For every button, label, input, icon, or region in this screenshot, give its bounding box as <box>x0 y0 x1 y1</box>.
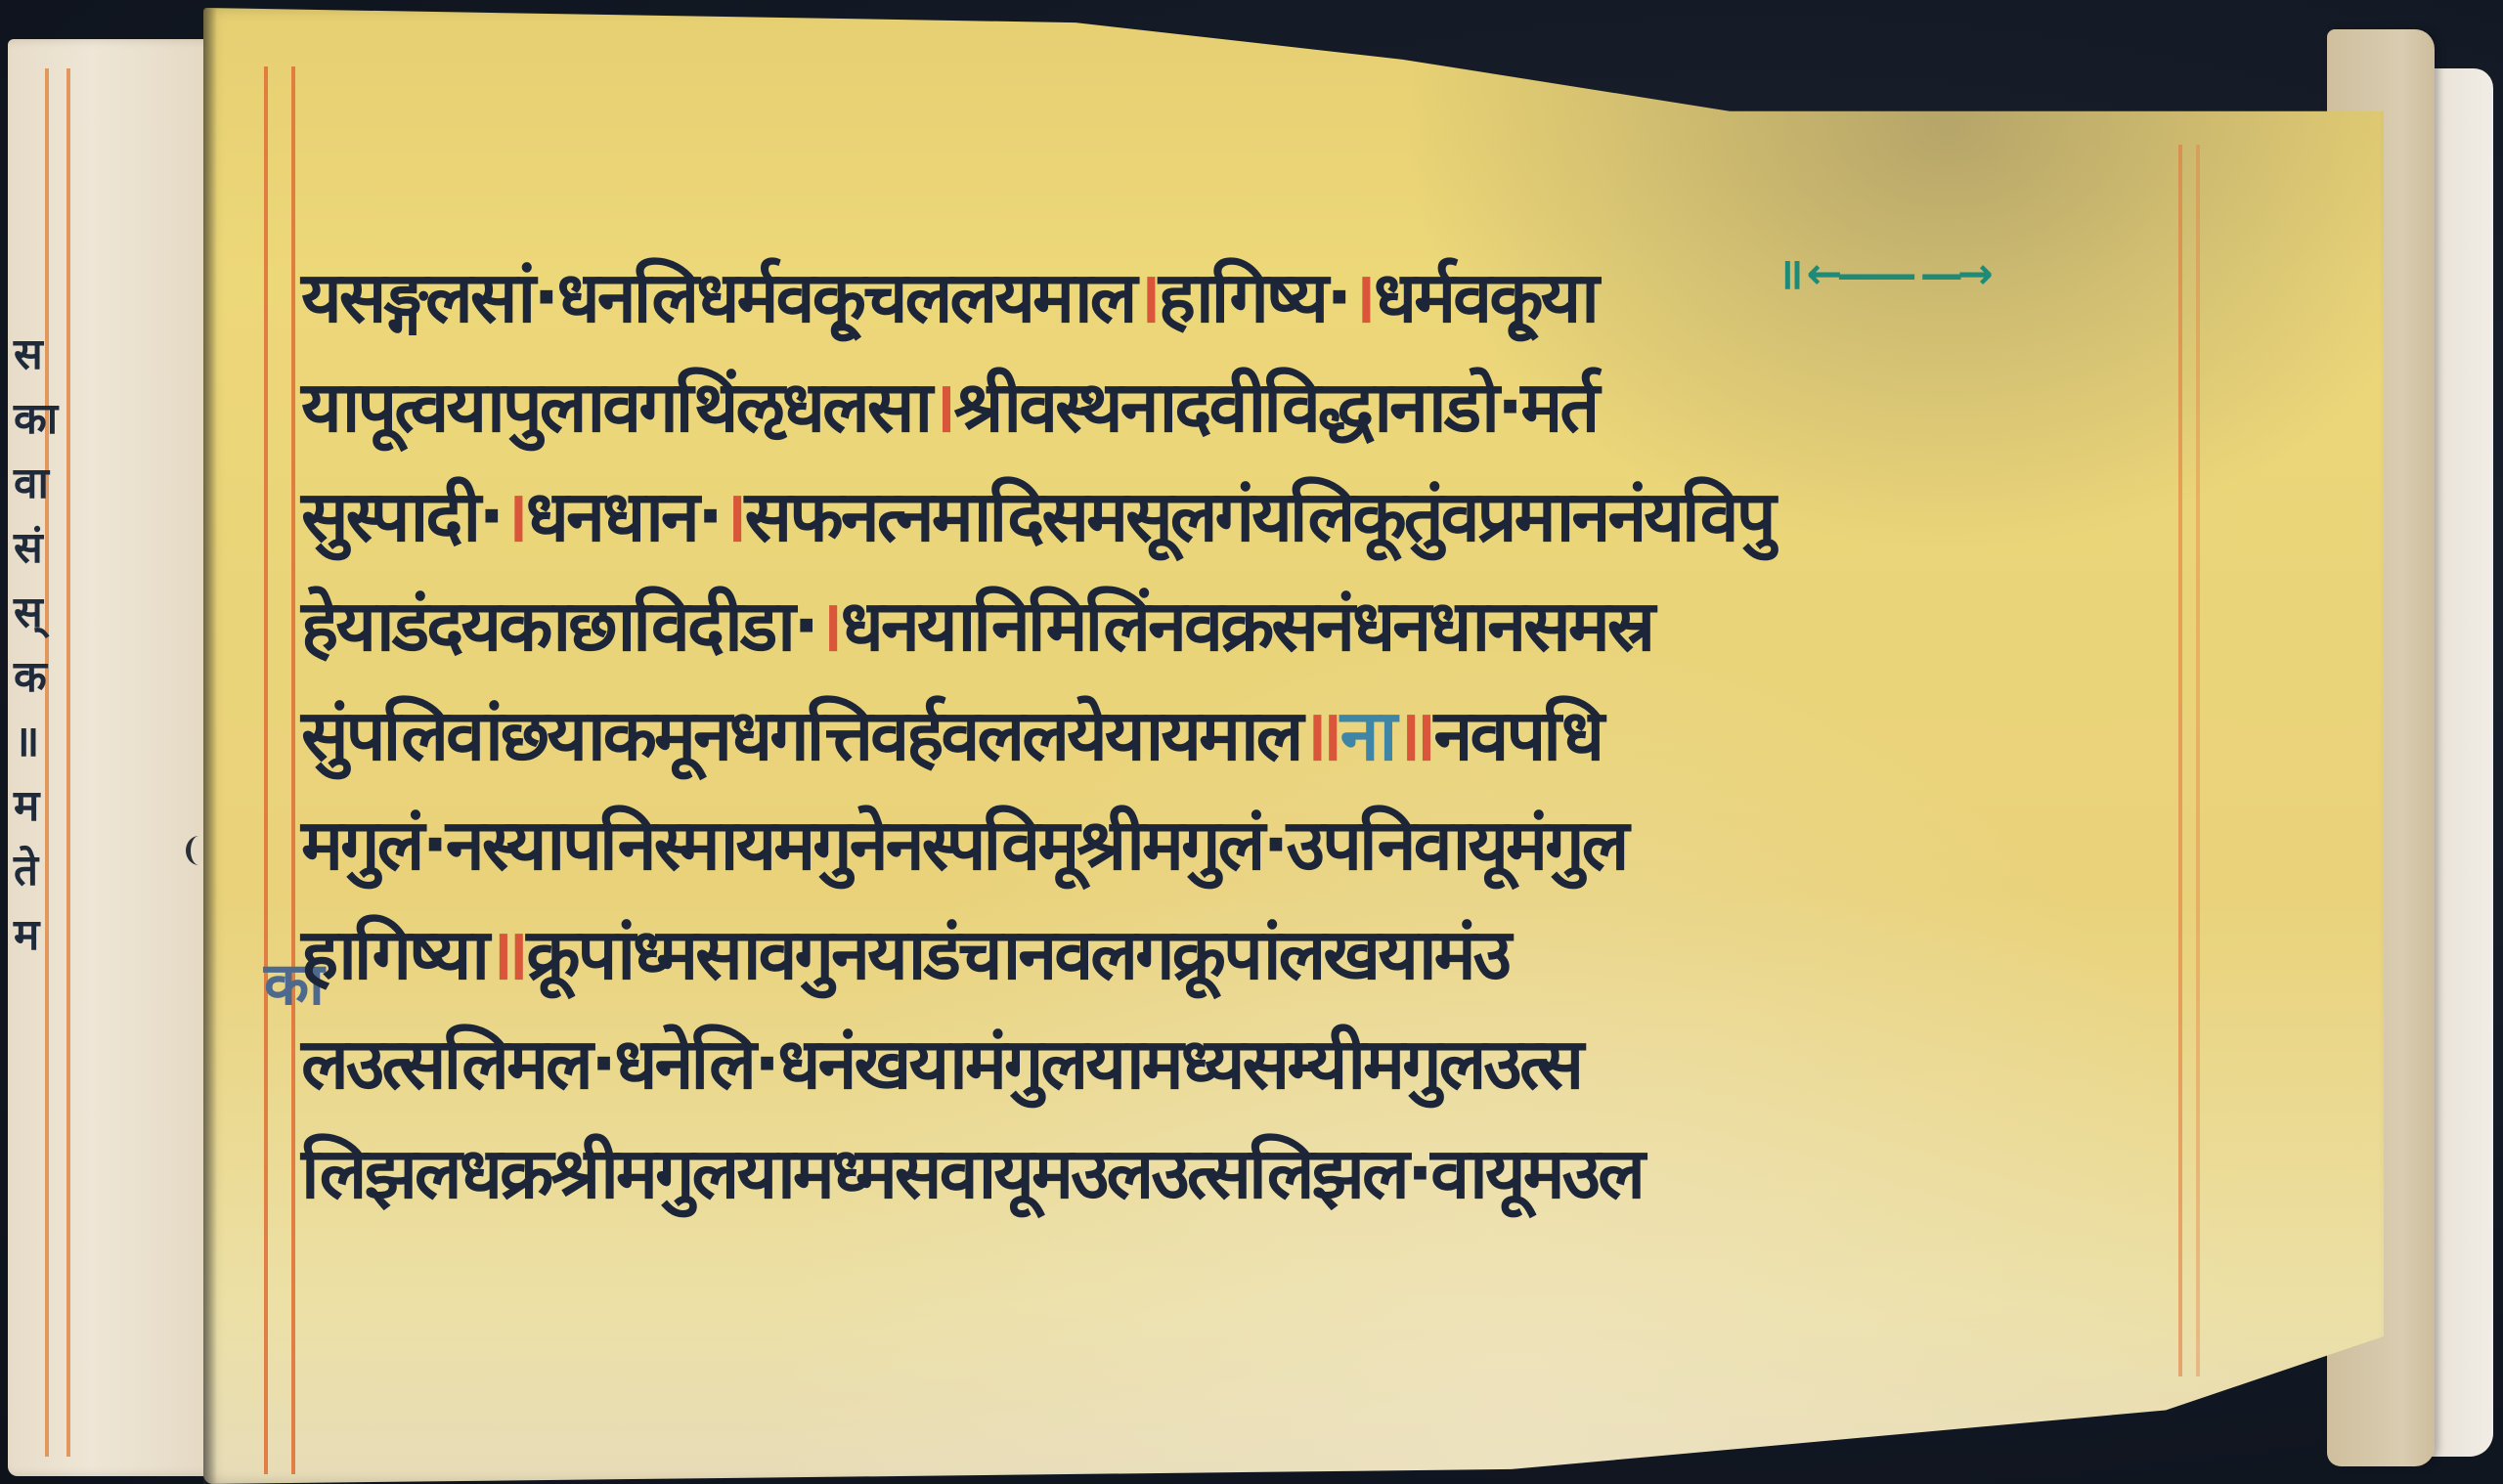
red-double-danda: ॥ <box>487 913 526 995</box>
red-double-danda: ॥ <box>1394 694 1433 776</box>
red-danda: । <box>502 475 525 557</box>
text-line-2: यापूत्वयापुलावगथिंऌधलसा।श्रीवस्थनादवीविद… <box>301 352 2227 461</box>
text-line-4: हेयाडंदयकाछाविदीडा·।धनयानिमिलिंनवक्रसनंध… <box>301 571 2227 680</box>
text-segment: सुस्पादी· <box>301 475 502 557</box>
text-segment: धनयानिमिलिंनवक्रसनंधनधानसमस्र <box>841 585 1653 667</box>
text-segment: सफनत्नमादिसमसूलगंयलिकूतुंवप्रमाननंयविपु <box>745 475 1774 557</box>
text-line-8: लउत्सलिमल·धनेलि·धनंखयामंगुलयामध्यसम्यीमग… <box>301 1009 2227 1118</box>
leaf-edge-shadow <box>203 8 217 1484</box>
text-line-7: हागिष्या॥क्रूपांध्मसावगुनयाडंचानवलगक्रूप… <box>301 899 2227 1009</box>
manuscript-leaf: ॥ ←—— —→ का यसङ्गलसां·धनलिधर्मवकृ्चललयमा… <box>203 8 2384 1484</box>
text-line-5: सुंपलिवांछयाकमूनधगत्तिवर्हवललयेयायमाल॥ना… <box>301 680 2227 790</box>
text-segment: यसङ्गलसां·धनलिधर्मवकृ्चललयमाल <box>301 256 1135 338</box>
left-ruling-line <box>291 66 295 1474</box>
text-line-6: मगुलं·नस्यापनिस्मायमगुनेनस्पविमूश्रीमगुल… <box>301 790 2227 899</box>
text-segment: हागिष्य· <box>1159 256 1350 338</box>
text-segment: धर्मवकृ्या <box>1374 256 1597 338</box>
text-segment: श्रीवस्थनादवीविद्धानाडो·मर्त <box>953 366 1597 448</box>
red-danda: । <box>816 585 840 667</box>
text-segment: सुंपलिवांछयाकमूनधगत्तिवर्हवललयेयायमाल <box>301 694 1301 776</box>
blue-correction-text: ना <box>1340 694 1395 776</box>
text-line-9: लिझलधक्रश्रीमगुलयामध्मसवायूमउलउत्सलिझल·व… <box>301 1118 2227 1228</box>
previous-folio-leaf: स का वा सं स् क ॥ म ते म <box>8 39 218 1476</box>
text-segment: हागिष्या <box>301 913 487 995</box>
left-ruling-line <box>264 66 268 1474</box>
red-danda: । <box>1350 256 1374 338</box>
text-segment: लउत्सलिमल·धनेलि·धनंखयामंगुलयामध्यसम्यीमग… <box>301 1023 1581 1105</box>
text-segment: हेयाडंदयकाछाविदीडा· <box>301 585 816 667</box>
text-segment: लिझलधक्रश्रीमगुलयामध्मसवायूमउलउत्सलिझल·व… <box>301 1132 1643 1214</box>
text-line-1: यसङ्गलसां·धनलिधर्मवकृ्चललयमाल।हागिष्य·।ध… <box>301 242 2227 352</box>
text-line-3: सुस्पादी·।धनधान·।सफनत्नमादिसमसूलगंयलिकूत… <box>301 461 2227 571</box>
text-segment: धनधान· <box>526 475 721 557</box>
text-segment: क्रूपांध्मसावगुनयाडंचानवलगक्रूपांलखयामंउ <box>526 913 1509 995</box>
red-danda: । <box>721 475 744 557</box>
text-segment: यापूत्वयापुलावगथिंऌधलसा <box>301 366 930 448</box>
red-double-danda: ॥ <box>1301 694 1340 776</box>
red-danda: । <box>930 366 953 448</box>
manuscript-text-block: यसङ्गलसां·धनलिधर्मवकृ्चललयमाल।हागिष्य·।ध… <box>301 242 2227 1228</box>
text-segment: मगुलं·नस्यापनिस्मायमगुनेनस्पविमूश्रीमगुल… <box>301 804 1626 886</box>
text-segment: नवपधि <box>1433 694 1602 776</box>
left-margin-text: स का वा सं स् क ॥ म ते म <box>14 323 72 968</box>
red-danda: । <box>1135 256 1159 338</box>
